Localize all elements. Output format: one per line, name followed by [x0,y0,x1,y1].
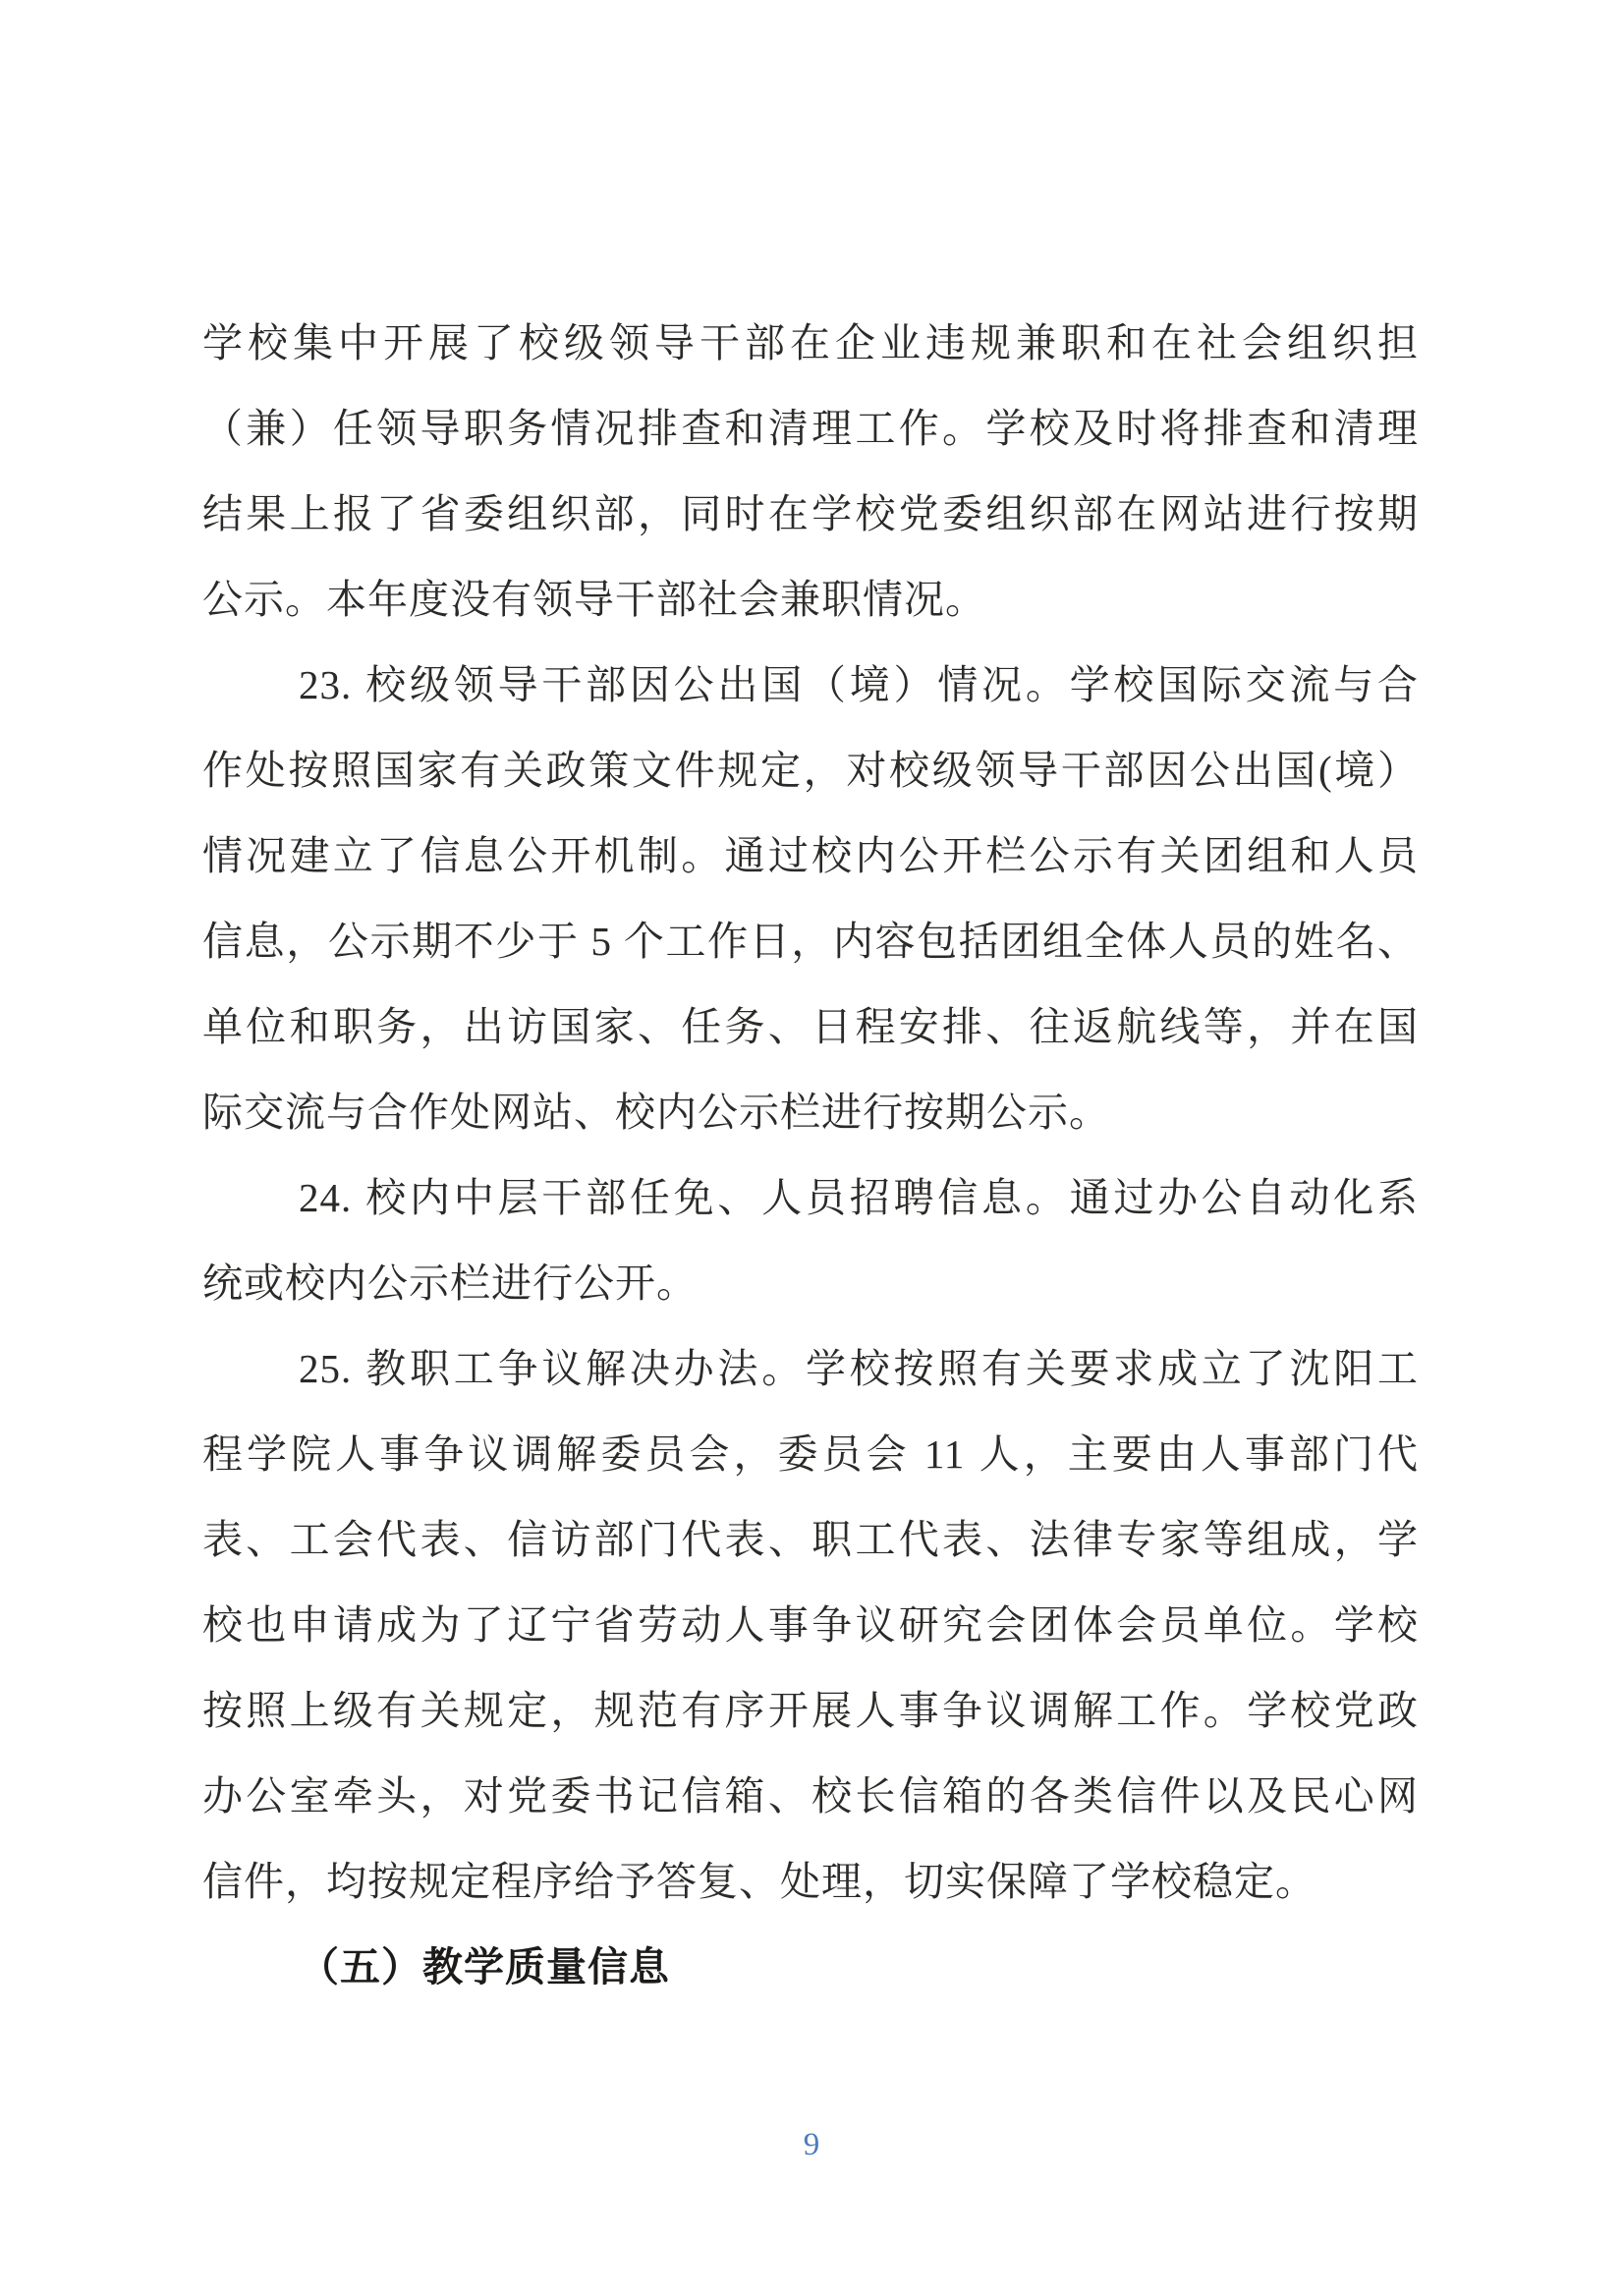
body-line: 信件，均按规定程序给予答复、处理，切实保障了学校稳定。 [202,1839,1419,1925]
body-line: 单位和职务，出访国家、任务、日程安排、往返航线等，并在国 [202,984,1419,1070]
page-number: 9 [0,2120,1623,2169]
body-line: 作处按照国家有关政策文件规定，对校级领导干部因公出国(境） [202,728,1419,813]
body-line: 办公室牵头，对党委书记信箱、校长信箱的各类信件以及民心网 [202,1754,1419,1839]
body-line: 按照上级有关规定，规范有序开展人事争议调解工作。学校党政 [202,1668,1419,1754]
body-line: 23. 校级领导干部因公出国（境）情况。学校国际交流与合 [202,643,1419,728]
document-page: 学校集中开展了校级领导干部在企业违规兼职和在社会组织担（兼）任领导职务情况排查和… [0,0,1623,2296]
body-line: 24. 校内中层干部任免、人员招聘信息。通过办公自动化系 [202,1155,1419,1241]
document-text-block: 学校集中开展了校级领导干部在企业违规兼职和在社会组织担（兼）任领导职务情况排查和… [202,301,1419,2010]
body-line: 统或校内公示栏进行公开。 [202,1241,1419,1326]
body-line: 结果上报了省委组织部，同时在学校党委组织部在网站进行按期 [202,472,1419,557]
body-line: 校也申请成为了辽宁省劳动人事争议研究会团体会员单位。学校 [202,1583,1419,1668]
body-line: 学校集中开展了校级领导干部在企业违规兼职和在社会组织担 [202,301,1419,386]
body-line: 情况建立了信息公开机制。通过校内公开栏公示有关团组和人员 [202,813,1419,899]
body-line: 公示。本年度没有领导干部社会兼职情况。 [202,557,1419,643]
body-line: 际交流与合作处网站、校内公示栏进行按期公示。 [202,1070,1419,1155]
body-line: 表、工会代表、信访部门代表、职工代表、法律专家等组成，学 [202,1497,1419,1583]
body-line: 25. 教职工争议解决办法。学校按照有关要求成立了沈阳工 [202,1326,1419,1412]
body-line: 信息，公示期不少于 5 个工作日，内容包括团组全体人员的姓名、 [202,899,1419,984]
body-line: （兼）任领导职务情况排查和清理工作。学校及时将排查和清理 [202,386,1419,472]
body-line: 程学院人事争议调解委员会，委员会 11 人，主要由人事部门代 [202,1412,1419,1497]
section-heading: （五）教学质量信息 [202,1925,1419,2010]
